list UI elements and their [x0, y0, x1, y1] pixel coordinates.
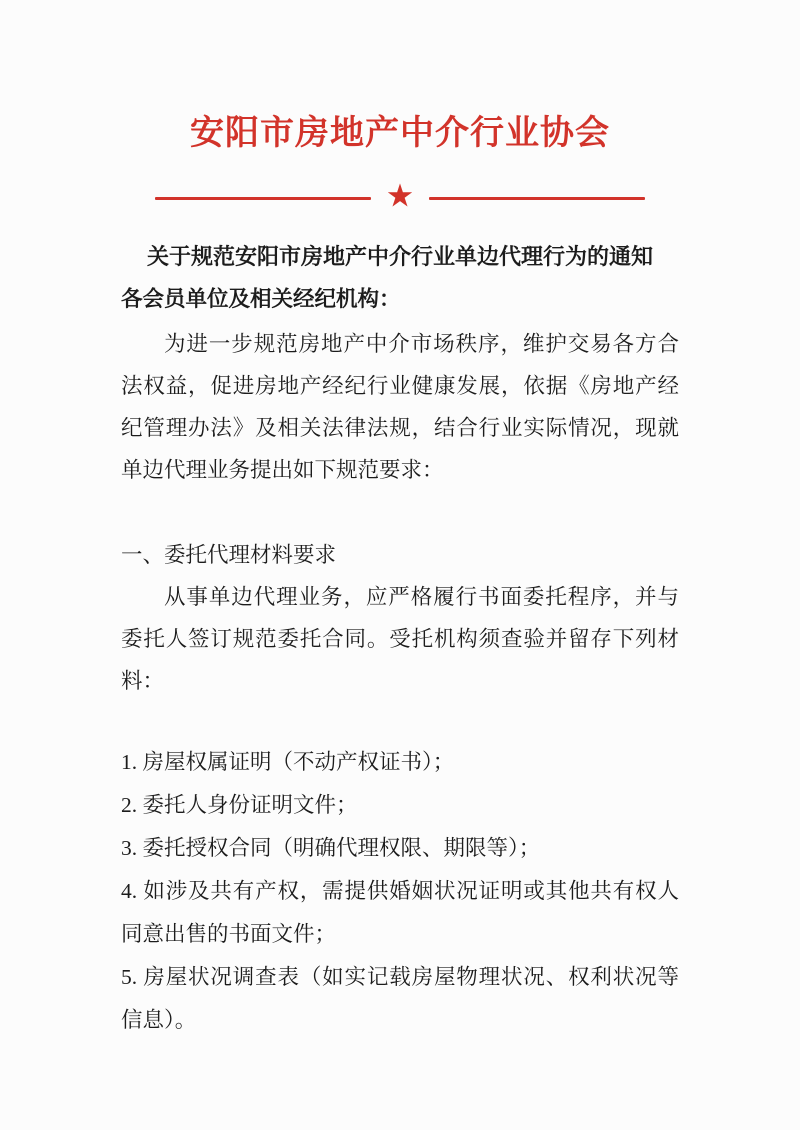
letterhead: 安阳市房地产中介行业协会 ★	[121, 112, 679, 212]
org-title: 安阳市房地产中介行业协会	[121, 112, 679, 156]
material-item-4: 4. 如涉及共有产权，需提供婚姻状况证明或其他共有权人同意出售的书面文件；	[121, 870, 679, 956]
material-item-3: 3. 委托授权合同（明确代理权限、期限等）；	[121, 827, 679, 870]
divider-line-right	[429, 197, 645, 200]
materials-list: 1. 房屋权属证明（不动产权证书）； 2. 委托人身份证明文件； 3. 委托授权…	[121, 741, 679, 1042]
document-page: 安阳市房地产中介行业协会 ★ 关于规范安阳市房地产中介行业单边代理行为的通知 各…	[0, 0, 800, 1130]
divider-line-left	[155, 197, 371, 200]
intro-paragraph: 为进一步规范房地产中介市场秩序，维护交易各方合法权益，促进房地产经纪行业健康发展…	[121, 323, 679, 491]
salutation: 各会员单位及相关经纪机构：	[121, 282, 679, 316]
notice-body: 关于规范安阳市房地产中介行业单边代理行为的通知 各会员单位及相关经纪机构： 为进…	[121, 242, 679, 1042]
notice-title: 关于规范安阳市房地产中介行业单边代理行为的通知	[121, 242, 679, 272]
material-item-2: 2. 委托人身份证明文件；	[121, 784, 679, 827]
material-item-5: 5. 房屋状况调查表（如实记载房屋物理状况、权利状况等信息）。	[121, 956, 679, 1042]
section-1: 一、委托代理材料要求 从事单边代理业务，应严格履行书面委托程序，并与委托人签订规…	[121, 534, 679, 1042]
section-1-heading: 一、委托代理材料要求	[121, 534, 679, 576]
letterhead-divider: ★	[121, 184, 679, 212]
star-icon: ★	[387, 184, 413, 210]
material-item-1: 1. 房屋权属证明（不动产权证书）；	[121, 741, 679, 784]
section-1-paragraph: 从事单边代理业务，应严格履行书面委托程序，并与委托人签订规范委托合同。受托机构须…	[121, 576, 679, 702]
